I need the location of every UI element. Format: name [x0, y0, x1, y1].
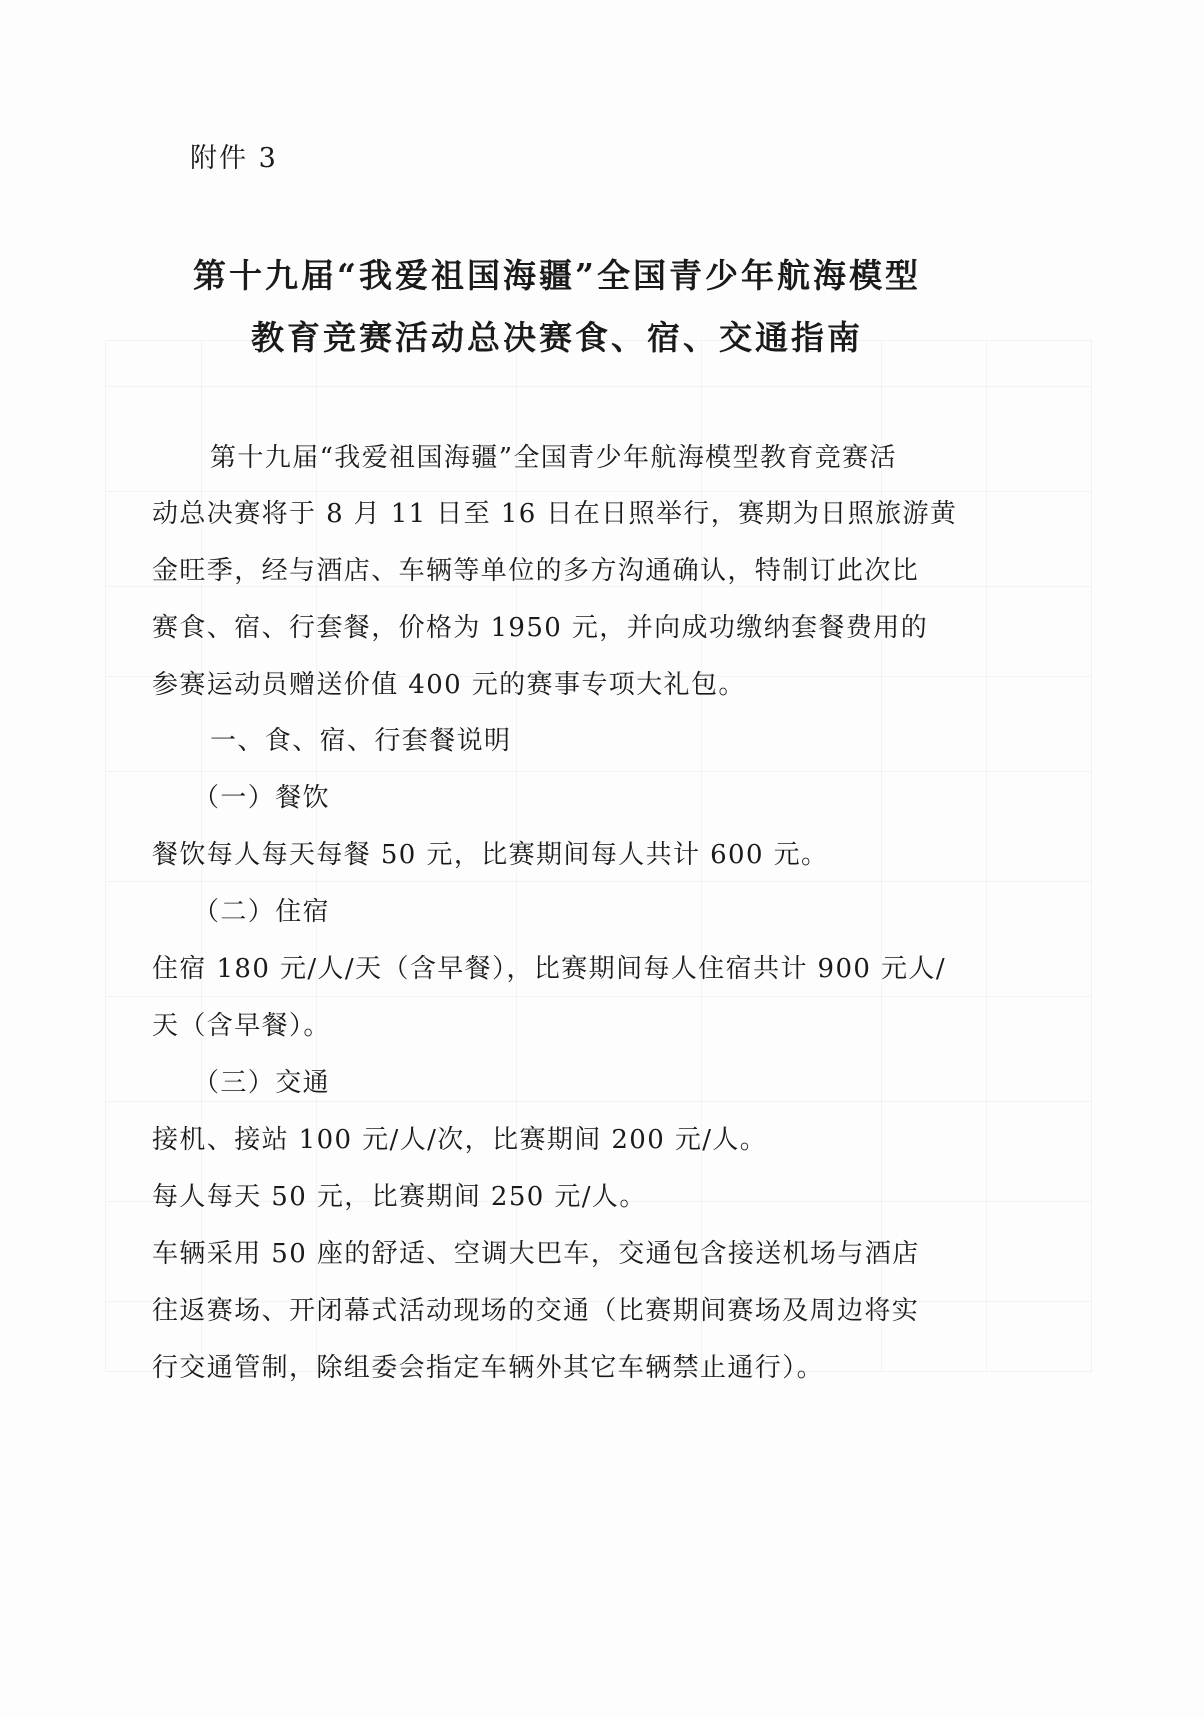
- lodging-text-line: 天（含早餐）。: [152, 1005, 331, 1042]
- catering-text: 餐饮每人每天每餐 50 元，比赛期间每人共计 600 元。: [152, 834, 828, 871]
- transport-text-line: 往返赛场、开闭幕式活动现场的交通（比赛期间赛场及周边将实: [152, 1290, 919, 1327]
- section-heading: 一、食、宿、行套餐说明: [210, 720, 511, 757]
- intro-paragraph-line: 金旺季，经与酒店、车辆等单位的多方沟通确认，特制订此次比: [152, 550, 919, 587]
- intro-paragraph-line: 动总决赛将于 8 月 11 日至 16 日在日照举行，赛期为日照旅游黄: [152, 493, 957, 530]
- transport-text-line: 行交通管制，除组委会指定车辆外其它车辆禁止通行）。: [152, 1347, 824, 1384]
- intro-paragraph-line: 赛食、宿、行套餐，价格为 1950 元，并向成功缴纳套餐费用的: [152, 607, 928, 644]
- intro-paragraph-line: 参赛运动员赠送价值 400 元的赛事专项大礼包。: [152, 664, 746, 701]
- document-page: 附件 3 第十九届“我爱祖国海疆”全国青少年航海模型 教育竞赛活动总决赛食、宿、…: [0, 0, 1204, 1718]
- transport-text-line: 车辆采用 50 座的舒适、空调大巴车，交通包含接送机场与酒店: [152, 1233, 920, 1270]
- transport-text-line: 每人每天 50 元，比赛期间 250 元/人。: [152, 1176, 647, 1213]
- subsection-heading-transport: （三）交通: [193, 1062, 330, 1099]
- intro-paragraph-line: 第十九届“我爱祖国海疆”全国青少年航海模型教育竞赛活: [210, 437, 897, 474]
- transport-text-line: 接机、接站 100 元/人/次，比赛期间 200 元/人。: [152, 1119, 767, 1156]
- document-title-line-1: 第十九届“我爱祖国海疆”全国青少年航海模型: [0, 250, 1159, 297]
- document-title-line-2: 教育竞赛活动总决赛食、宿、交通指南: [0, 312, 1159, 359]
- subsection-heading-catering: （一）餐饮: [193, 777, 330, 814]
- lodging-text-line: 住宿 180 元/人/天（含早餐），比赛期间每人住宿共计 900 元人/: [152, 948, 946, 985]
- attachment-label: 附件 3: [190, 136, 278, 175]
- subsection-heading-lodging: （二）住宿: [193, 891, 330, 928]
